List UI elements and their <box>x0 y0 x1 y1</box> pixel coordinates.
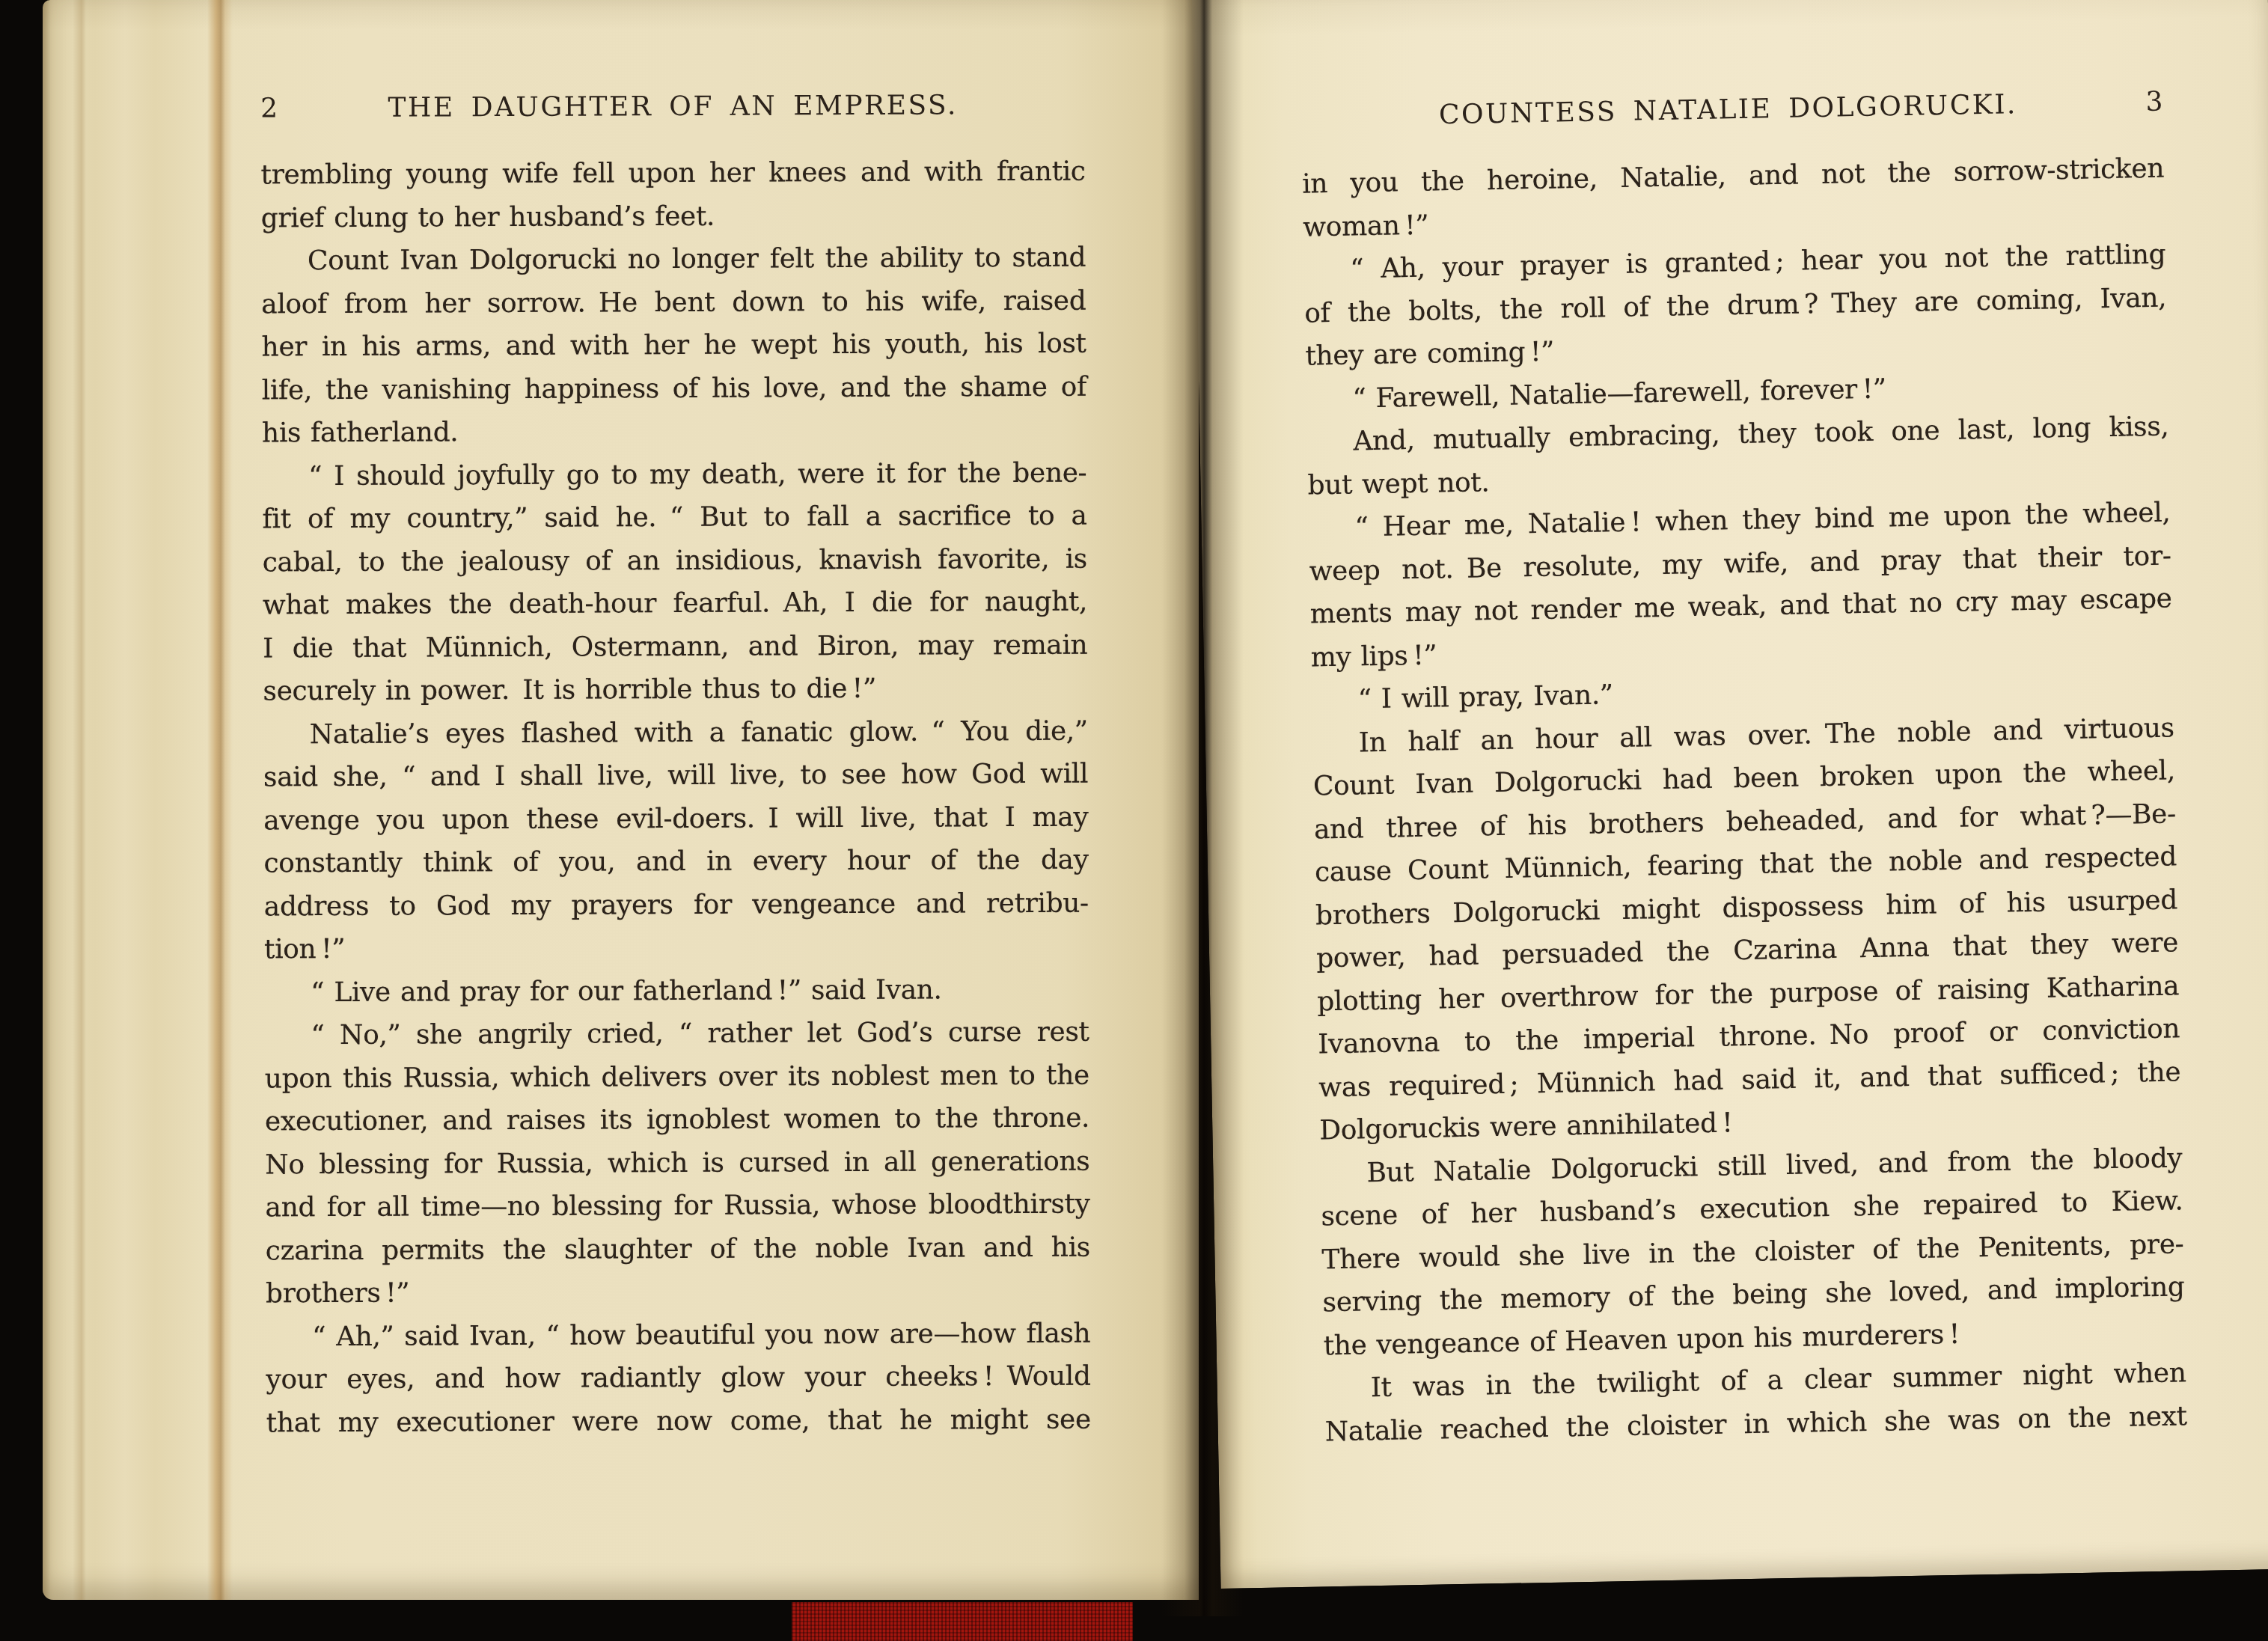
text-line: cabal, to the jealousy of an insidious, … <box>263 537 1087 584</box>
paragraph: “ Ah, your prayer is granted ; hear you … <box>1303 233 2168 379</box>
right-page-body: in you the heroine, Natalie, and not the… <box>1302 147 2187 1454</box>
left-page-text-column: 2 THE DAUGHTER OF AN EMPRESS. trembling … <box>260 90 1091 1445</box>
paragraph: In half an hour all was over. The noble … <box>1312 706 2181 1152</box>
text-line: “ Live and pray for our fatherland !” sa… <box>264 968 1089 1014</box>
paragraph: But Natalie Dolgorucki still lived, and … <box>1320 1137 2186 1368</box>
text-line: his fatherland. <box>262 409 1086 455</box>
right-page-text-column: COUNTESS NATALIE DOLGORUCKI. 3 in you th… <box>1300 87 2187 1454</box>
page-edge-stack <box>43 0 267 1600</box>
paragraph: “ No,” she angrily cried, “ rather let G… <box>264 1011 1090 1315</box>
text-line: what makes the death-hour fearful. Ah, I… <box>263 581 1087 627</box>
text-line: upon this Russia, which delivers over it… <box>265 1054 1089 1100</box>
text-line: No blessing for Russia, which is cursed … <box>265 1140 1089 1186</box>
text-line: your eyes, and how radiantly glow your c… <box>266 1355 1090 1402</box>
left-page-number: 2 <box>260 93 350 124</box>
text-line: and for all time—no blessing for Russia,… <box>265 1183 1089 1229</box>
right-page-number: 3 <box>2073 87 2163 119</box>
text-line: tion !” <box>264 925 1089 971</box>
left-page-body: trembling young wife fell upon her knees… <box>260 150 1091 1445</box>
text-line: aloof from her sorrow. He bent down to h… <box>261 279 1086 326</box>
right-page: COUNTESS NATALIE DOLGORUCKI. 3 in you th… <box>1192 0 2268 1589</box>
text-line: said she, “ and I shall live, will live,… <box>263 753 1088 799</box>
text-line: “ No,” she angrily cried, “ rather let G… <box>264 1011 1089 1057</box>
paragraph: in you the heroine, Natalie, and not the… <box>1302 147 2165 249</box>
paragraph: And, mutually embracing, they took one l… <box>1306 406 2170 507</box>
paragraph: “ Live and pray for our fatherland !” sa… <box>264 968 1089 1014</box>
book-cover-cloth <box>792 1602 1133 1641</box>
paragraph: Natalie’s eyes flashed with a fanatic gl… <box>263 709 1089 971</box>
text-line: her in his arms, and with her he wept hi… <box>261 323 1086 369</box>
text-line: czarina permits the slaughter of the nob… <box>266 1226 1090 1272</box>
book-scan: 2 THE DAUGHTER OF AN EMPRESS. trembling … <box>0 0 2268 1641</box>
text-line: trembling young wife fell upon her knees… <box>260 150 1085 197</box>
right-running-title: COUNTESS NATALIE DOLGORUCKI. <box>1300 88 2073 133</box>
text-line: “ I should joyfully go to my death, were… <box>262 451 1086 498</box>
paragraph: “ Hear me, Natalie ! when they bind me u… <box>1308 492 2173 679</box>
text-line: Count Ivan Dolgorucki no longer felt the… <box>261 236 1086 283</box>
paragraph: It was in the twilight of a clear summer… <box>1324 1351 2187 1453</box>
text-line: life, the vanishing happiness of his lov… <box>262 365 1086 412</box>
right-running-head: COUNTESS NATALIE DOLGORUCKI. 3 <box>1300 87 2163 133</box>
text-line: grief clung to her husband’s feet. <box>261 193 1086 239</box>
text-line: fit of my country,” said he. “ But to fa… <box>262 495 1086 541</box>
paragraph: Count Ivan Dolgorucki no longer felt the… <box>261 236 1086 455</box>
text-line: that my executioner were now come, that … <box>266 1398 1091 1444</box>
text-line: securely in power. It is horrible thus t… <box>263 667 1087 713</box>
text-line: avenge you upon these evil-doers. I will… <box>263 795 1088 842</box>
text-line: brothers !” <box>266 1269 1090 1315</box>
text-line: address to God my prayers for vengeance … <box>264 881 1089 928</box>
paragraph: “ Ah,” said Ivan, “ how beautiful you no… <box>266 1312 1091 1444</box>
left-running-head: 2 THE DAUGHTER OF AN EMPRESS. <box>260 90 1085 124</box>
text-line: executioner, and raises its ignoblest wo… <box>265 1097 1089 1143</box>
text-line: I die that Münnich, Ostermann, and Biron… <box>263 623 1087 670</box>
paragraph: trembling young wife fell upon her knees… <box>260 150 1085 240</box>
text-line: “ Ah,” said Ivan, “ how beautiful you no… <box>266 1312 1090 1358</box>
text-line: constantly think of you, and in every ho… <box>263 839 1088 885</box>
paragraph: “ I should joyfully go to my death, were… <box>262 451 1087 713</box>
left-running-title: THE DAUGHTER OF AN EMPRESS. <box>350 90 995 123</box>
text-line: Natalie’s eyes flashed with a fanatic gl… <box>263 709 1088 756</box>
left-head-spacer <box>995 114 1085 114</box>
